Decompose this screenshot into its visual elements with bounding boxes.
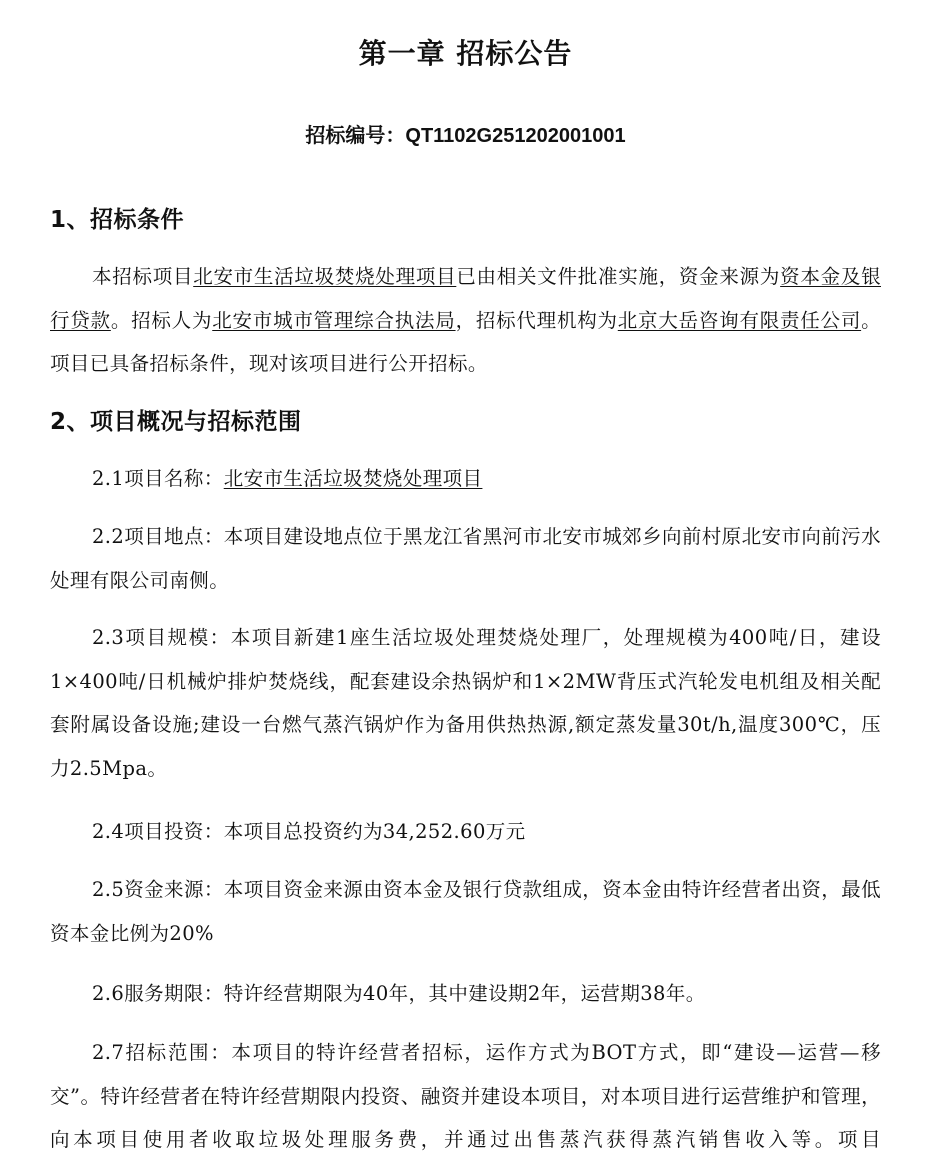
chapter-title: 第一章 招标公告 (50, 34, 881, 74)
tender-code-value: QT1102G251202001001 (405, 125, 625, 147)
item-2-5-funding: 2.5资金来源：本项目资金来源由资本金及银行贷款组成，资本金由特许经营者出资，最… (50, 868, 881, 955)
text-fragment: 已由相关文件批准实施，资金来源为 (456, 265, 780, 288)
agency-underlined: 北京大岳咨询有限责任公司 (618, 309, 861, 332)
text-fragment: ，招标代理机构为 (456, 309, 618, 332)
section-heading-2: 2、项目概况与招标范围 (50, 406, 302, 438)
text-fragment: 。招标人为 (111, 309, 212, 332)
text-fragment: 本招标项目 (92, 265, 193, 288)
project-name-underlined: 北安市生活垃圾焚烧处理项目 (193, 265, 456, 288)
tender-code-label: 招标编号： (305, 125, 405, 147)
item-label: 2.1项目名称： (92, 467, 224, 490)
item-2-3-scale: 2.3项目规模：本项目新建1座生活垃圾处理焚烧处理厂，处理规模为400吨/日，建… (50, 616, 881, 790)
tender-conditions-paragraph: 本招标项目北安市生活垃圾焚烧处理项目已由相关文件批准实施，资金来源为资本金及银行… (50, 255, 881, 386)
item-2-4-investment: 2.4项目投资：本项目总投资约为34,252.60万元 (50, 810, 881, 854)
item-2-2-location: 2.2项目地点：本项目建设地点位于黑龙江省黑河市北安市城郊乡向前村原北安市向前污… (50, 515, 881, 602)
item-2-6-term: 2.6服务期限：特许经营期限为40年，其中建设期2年，运营期38年。 (50, 972, 881, 1016)
item-2-1-project-name: 2.1项目名称：北安市生活垃圾焚烧处理项目 (50, 457, 881, 501)
section-heading-1: 1、招标条件 (50, 204, 184, 236)
tender-code: 招标编号：QT1102G251202001001 (50, 122, 881, 150)
project-name-value: 北安市生活垃圾焚烧处理项目 (224, 467, 483, 490)
tenderer-underlined: 北安市城市管理综合执法局 (212, 309, 455, 332)
item-2-7-scope: 2.7招标范围：本项目的特许经营者招标，运作方式为BOT方式，即“建设—运营—移… (50, 1031, 881, 1162)
